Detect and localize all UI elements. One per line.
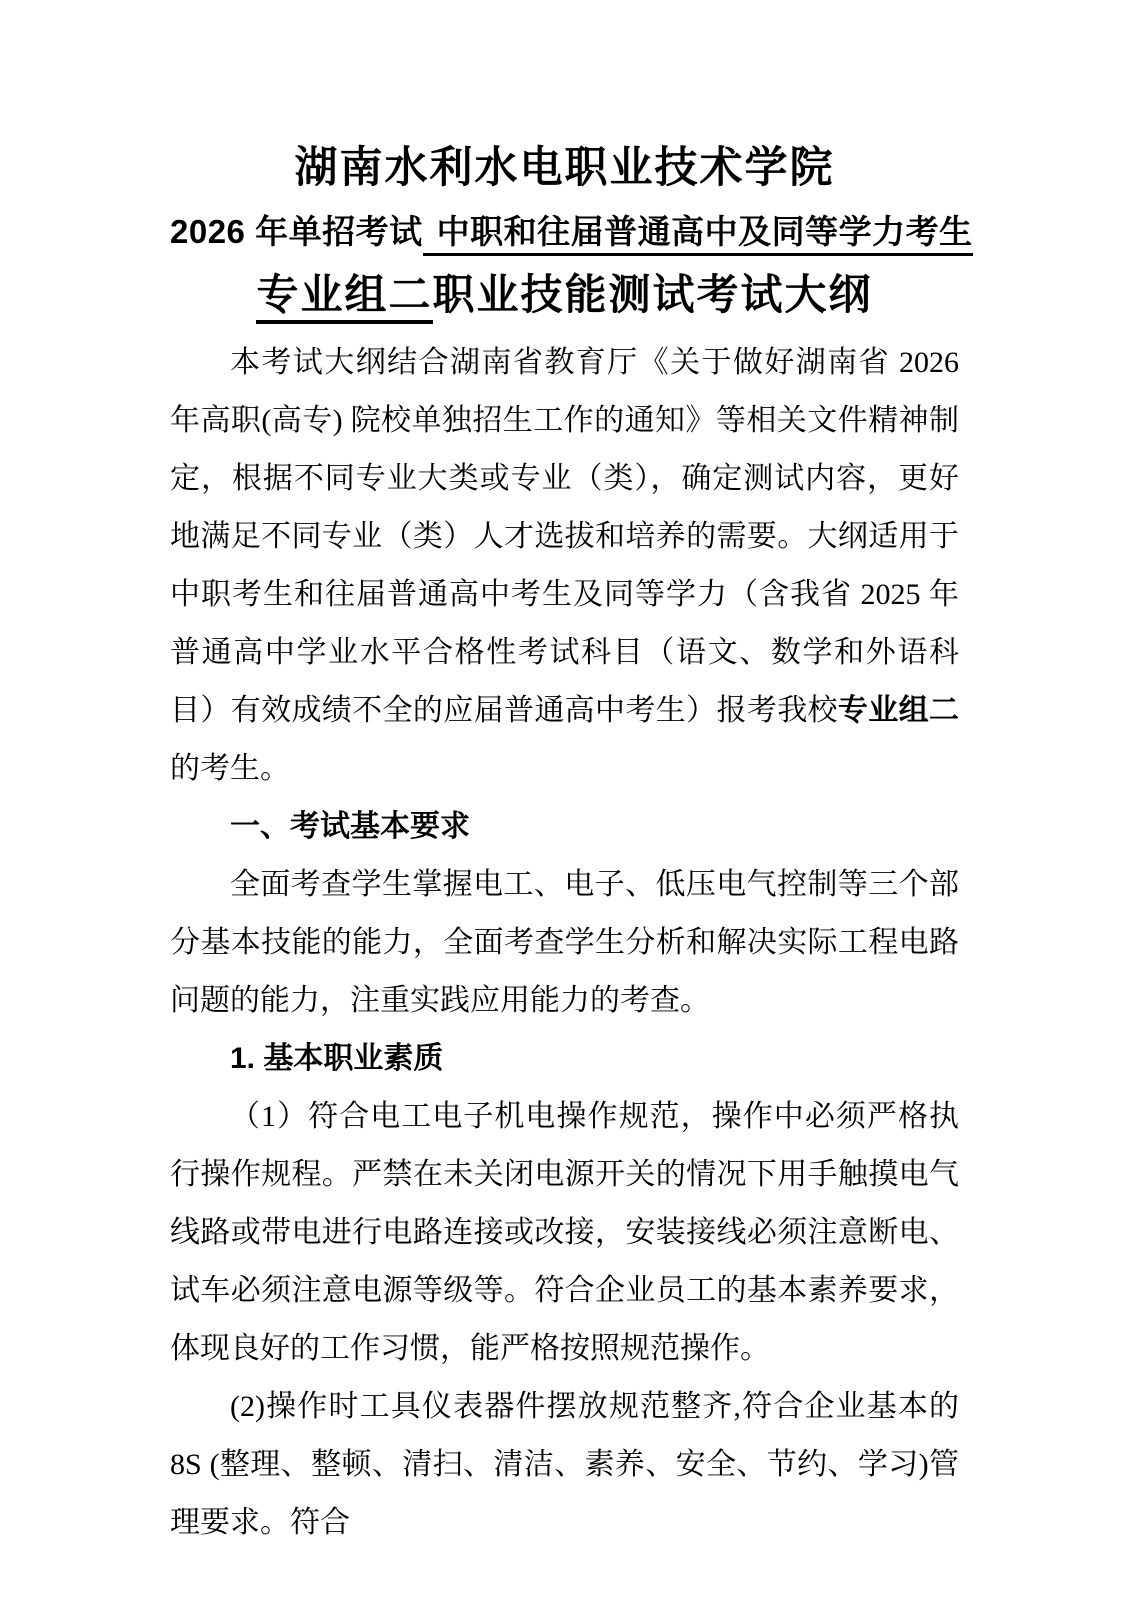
main-heading-underlined-text: 专业组二 (256, 271, 432, 324)
intro-paragraph-bold-text: 专业组二 (838, 694, 959, 727)
section1-overview-paragraph: 全面考查学生掌握电工、电子、低压电气控制等三个部分基本技能的能力，全面考查学生分… (170, 856, 959, 1030)
main-heading-rest-text: 职业技能测试考试大纲 (433, 271, 873, 318)
subtitle-underlined-text: 中职和往届普通高中及同等学力考生 (423, 213, 973, 256)
subtitle-prefix: 2026 年单招考试 (170, 213, 423, 250)
intro-paragraph-text: 本考试大纲结合湖南省教育厅《关于做好湖南省 2026 年高职(高专) 院校单独招… (170, 346, 959, 727)
page-title: 湖南水利水电职业技术学院 (170, 146, 959, 191)
intro-paragraph-tail-text: 的考生。 (170, 752, 290, 785)
section1-sub1-heading: 1. 基本职业素质 (170, 1030, 959, 1088)
title-block: 湖南水利水电职业技术学院 2026 年单招考试中职和往届普通高中及同等学力考生 … (170, 146, 959, 320)
section1-item1-paragraph: （1）符合电工电子机电操作规范，操作中必须严格执行操作规程。严禁在未关闭电源开关… (170, 1088, 959, 1378)
intro-paragraph: 本考试大纲结合湖南省教育厅《关于做好湖南省 2026 年高职(高专) 院校单独招… (170, 334, 959, 798)
document-body: 本考试大纲结合湖南省教育厅《关于做好湖南省 2026 年高职(高专) 院校单独招… (170, 334, 959, 1552)
page-subtitle: 2026 年单招考试中职和往届普通高中及同等学力考生 (170, 214, 959, 250)
main-heading: 专业组二职业技能测试考试大纲 (170, 271, 959, 319)
document-page: 湖南水利水电职业技术学院 2026 年单招考试中职和往届普通高中及同等学力考生 … (0, 0, 1131, 1600)
section1-item2-paragraph: (2)操作时工具仪表器件摆放规范整齐,符合企业基本的 8S (整理、整顿、清扫、… (170, 1378, 959, 1552)
section1-heading: 一、考试基本要求 (170, 798, 959, 856)
